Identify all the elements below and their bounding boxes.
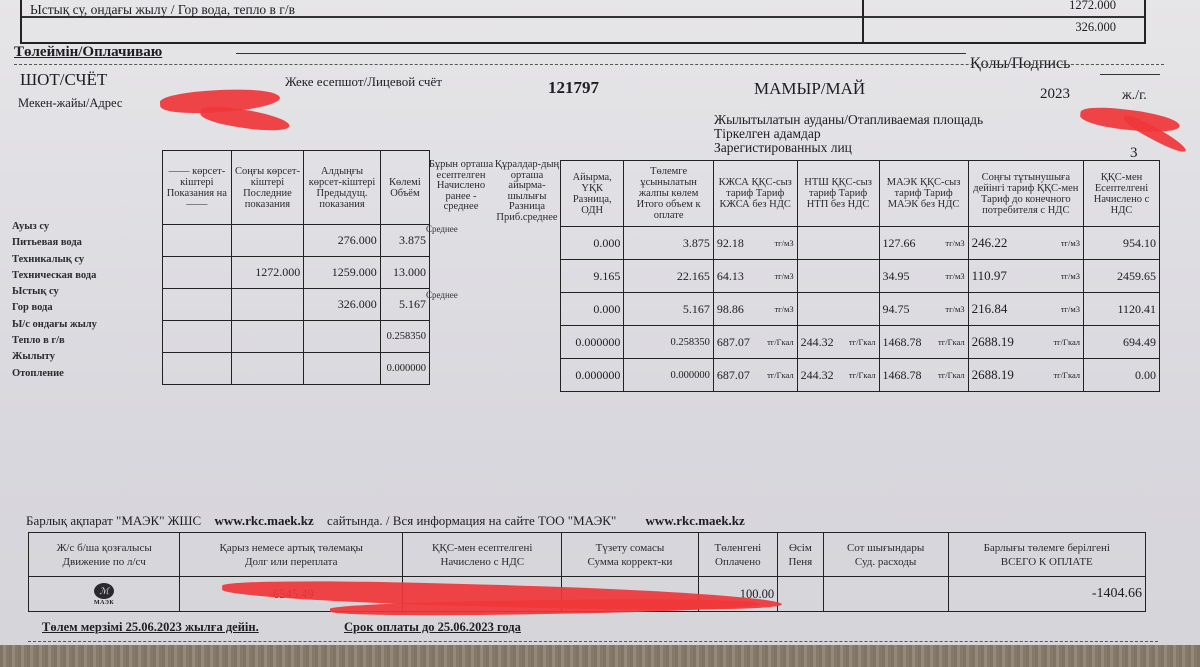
tariff-row: 0.0005.16798.86тг/м394.75тг/м3216.84тг/м… bbox=[561, 293, 1160, 326]
tariff-unit: тг/Гкал bbox=[1053, 337, 1080, 347]
meter-cell bbox=[231, 225, 304, 257]
meter-readings-table: —— көрсет-кіштері Показания на ——Соңғы к… bbox=[162, 150, 430, 385]
tariff-unit: тг/Гкал bbox=[938, 337, 965, 347]
meter-cell: 1259.000 bbox=[304, 257, 381, 289]
summary-header-ru: Движение по л/сч bbox=[32, 555, 176, 569]
court-costs-value bbox=[823, 577, 948, 612]
tariff-unit: тг/Гкал bbox=[1053, 370, 1080, 380]
meter-cell bbox=[163, 225, 232, 257]
maek-logo-cell: ℳ МАЭК bbox=[29, 577, 180, 612]
tariff-header: КЖСА ҚҚС-сыз тариф Тариф КЖСА без НДС bbox=[713, 161, 797, 227]
tariff-cell-kzhsa: 98.86тг/м3 bbox=[713, 293, 797, 326]
summary-header: Қарыз немесе артық төлемақыДолг или пере… bbox=[180, 533, 403, 577]
tariff-header: Соңғы тұтынушыға дейінгі тариф ҚҚС-мен Т… bbox=[968, 161, 1083, 227]
heated-area-label: Жылытылатын ауданы/Отапливаемая площадь bbox=[714, 113, 983, 127]
summary-header-kz: Барлығы төлемге берілгені bbox=[952, 541, 1143, 555]
tariff-cell-total: 3.875 bbox=[624, 227, 713, 260]
tariff-unit: тг/Гкал bbox=[938, 370, 965, 380]
info-line-kz: Барлық ақпарат "МАЭК" ЖШС bbox=[26, 513, 201, 528]
tariff-value: 34.95 bbox=[883, 269, 910, 284]
meter-cell: 0.258350 bbox=[380, 321, 429, 353]
tariff-cell-ntp bbox=[797, 227, 879, 260]
meter-header: —— көрсет-кіштері Показания на —— bbox=[163, 151, 232, 225]
summary-header-kz: Өсім bbox=[781, 541, 820, 555]
tariff-cell-maek: 127.66тг/м3 bbox=[879, 227, 968, 260]
meter-cell: 13.000 bbox=[380, 257, 429, 289]
tariff-value: 92.18 bbox=[717, 236, 744, 251]
tariff-value: 64.13 bbox=[717, 269, 744, 284]
tariff-cell-maek: 34.95тг/м3 bbox=[879, 260, 968, 293]
tariff-cell-kzhsa: 687.07тг/Гкал bbox=[713, 326, 797, 359]
tariff-cell-diff: 0.000000 bbox=[561, 359, 624, 392]
total-to-pay-value: -1404.66 bbox=[948, 577, 1146, 612]
service-label-kz: Ауыз су bbox=[12, 219, 97, 235]
background-surface bbox=[0, 645, 1200, 667]
average-note-2: Среднее bbox=[426, 290, 458, 300]
tariff-value: 1468.78 bbox=[883, 368, 922, 383]
tariff-unit: тг/Гкал bbox=[849, 370, 876, 380]
tariff-value: 216.84 bbox=[972, 301, 1008, 317]
cut-line-bottom bbox=[28, 641, 1158, 642]
tariff-cell-kzhsa: 92.18тг/м3 bbox=[713, 227, 797, 260]
tariff-unit: тг/м3 bbox=[1061, 238, 1080, 248]
utility-bill-document: Ыстық су, ондағы жылу / Гор вода, тепло … bbox=[0, 0, 1200, 645]
tariff-cell-diff: 0.000000 bbox=[561, 326, 624, 359]
meter-cell: 5.167 bbox=[380, 289, 429, 321]
summary-header-kz: Түзету сомасы bbox=[565, 541, 694, 555]
tariff-cell-maek: 1468.78тг/Гкал bbox=[879, 326, 968, 359]
registered-label-ru: Зарегистированных лиц bbox=[714, 141, 852, 155]
billing-year: 2023 bbox=[1040, 86, 1070, 103]
tariff-cell-total: 0.258350 bbox=[624, 326, 713, 359]
signature-blank bbox=[1100, 74, 1160, 75]
hot-water-label: Ыстық су, ондағы жылу / Гор вода, тепло … bbox=[30, 2, 295, 18]
meter-cell bbox=[231, 289, 304, 321]
tariff-value: 244.32 bbox=[801, 335, 834, 350]
tariff-cell-maek: 1468.78тг/Гкал bbox=[879, 359, 968, 392]
address-label: Мекен-жайы/Адрес bbox=[18, 96, 122, 111]
penalty-value bbox=[778, 577, 824, 612]
meter-cell bbox=[163, 321, 232, 353]
summary-header-kz: Ж/с б/ша қозғалысы bbox=[32, 541, 176, 555]
tariff-cell-diff: 0.000 bbox=[561, 227, 624, 260]
meter-cell bbox=[231, 353, 304, 385]
service-label-kz: Ы/с ондағы жылу bbox=[12, 317, 97, 333]
meter-cell bbox=[163, 353, 232, 385]
prev-average-header: Бұрын орташа есептелген Начислено ранее … bbox=[428, 160, 494, 213]
meter-row: 326.0005.167 bbox=[163, 289, 430, 321]
tariff-value: 244.32 bbox=[801, 368, 834, 383]
pay-label: Төлеймін/Оплачиваю bbox=[14, 44, 162, 61]
tariff-cell-charged: 0.00 bbox=[1084, 359, 1160, 392]
due-date-ru: Срок оплаты до 25.06.2023 года bbox=[344, 620, 521, 635]
meter-row: 1272.0001259.00013.000 bbox=[163, 257, 430, 289]
tariff-cell-ntp: 244.32тг/Гкал bbox=[797, 359, 879, 392]
tariff-unit: тг/м3 bbox=[1061, 304, 1080, 314]
year-suffix: ж./г. bbox=[1122, 88, 1147, 104]
tariff-cell-charged: 1120.41 bbox=[1084, 293, 1160, 326]
tariff-row: 0.0003.87592.18тг/м3127.66тг/м3246.22тг/… bbox=[561, 227, 1160, 260]
tariff-cell-maek: 94.75тг/м3 bbox=[879, 293, 968, 326]
tariff-value: 127.66 bbox=[883, 236, 916, 251]
tariff-unit: тг/м3 bbox=[945, 304, 964, 314]
tariff-value: 687.07 bbox=[717, 368, 750, 383]
billing-month: МАМЫР/МАЙ bbox=[754, 79, 865, 99]
website-link-1[interactable]: www.rkc.maek.kz bbox=[214, 513, 313, 528]
meter-cell bbox=[304, 321, 381, 353]
summary-header: Ж/с б/ша қозғалысыДвижение по л/сч bbox=[29, 533, 180, 577]
tariff-value: 687.07 bbox=[717, 335, 750, 350]
service-label-kz: Жылыту bbox=[12, 349, 97, 365]
tariff-value: 1468.78 bbox=[883, 335, 922, 350]
tariff-cell-kzhsa: 687.07тг/Гкал bbox=[713, 359, 797, 392]
registered-label-kz: Тіркелген адамдар bbox=[714, 127, 821, 141]
service-label-ru: Отопление bbox=[12, 366, 97, 382]
device-average-header: Құралдар-дың орташа айырма-шылығы Разниц… bbox=[492, 160, 562, 223]
service-label-kz: Техникалық су bbox=[12, 252, 97, 268]
summary-header: ҚҚС-мен есептелгеніНачислено с НДС bbox=[403, 533, 562, 577]
summary-header-ru: Начислено с НДС bbox=[406, 555, 558, 569]
info-line: Барлық ақпарат "МАЭК" ЖШС www.rkc.maek.k… bbox=[26, 513, 745, 529]
tariff-cell-kzhsa: 64.13тг/м3 bbox=[713, 260, 797, 293]
tariff-cell-final: 110.97тг/м3 bbox=[968, 260, 1083, 293]
tariff-cell-charged: 2459.65 bbox=[1084, 260, 1160, 293]
service-label-ru: Тепло в г/в bbox=[12, 333, 97, 349]
meter-cell bbox=[163, 289, 232, 321]
tariff-cell-ntp bbox=[797, 293, 879, 326]
tariff-row: 9.16522.16564.13тг/м334.95тг/м3110.97тг/… bbox=[561, 260, 1160, 293]
summary-header-ru: Сумма коррект-ки bbox=[565, 555, 694, 569]
meter-cell: 3.875 bbox=[380, 225, 429, 257]
meter-cell: 276.000 bbox=[304, 225, 381, 257]
tariff-cell-final: 216.84тг/м3 bbox=[968, 293, 1083, 326]
summary-header-kz: Сот шығындары bbox=[827, 541, 945, 555]
previous-section-table: Ыстық су, ондағы жылу / Гор вода, тепло … bbox=[20, 0, 1146, 44]
tariff-cell-final: 2688.19тг/Гкал bbox=[968, 326, 1083, 359]
tariff-unit: тг/Гкал bbox=[767, 370, 794, 380]
meter-cell bbox=[304, 353, 381, 385]
summary-header: Сот шығындарыСуд. расходы bbox=[823, 533, 948, 577]
tariff-header: Айырма, ҮҚК Разница, ОДН bbox=[561, 161, 624, 227]
tariff-unit: тг/м3 bbox=[774, 304, 793, 314]
tariff-cell-total: 0.000000 bbox=[624, 359, 713, 392]
meter-cell: 326.000 bbox=[304, 289, 381, 321]
summary-header-ru: Долг или переплата bbox=[183, 555, 399, 569]
tariff-cell-total: 22.165 bbox=[624, 260, 713, 293]
tariff-value: 98.86 bbox=[717, 302, 744, 317]
tariff-header: МАЭК ҚҚС-сыз тариф Тариф МАЭК без НДС bbox=[879, 161, 968, 227]
meter-header: Алдыңғы көрсет-кіштері Предыдущ. показан… bbox=[304, 151, 381, 225]
hot-water-value-2: 326.000 bbox=[1075, 20, 1116, 35]
tariff-header: ҚҚС-мен Есептелгені Начислено с НДС bbox=[1084, 161, 1160, 227]
tariff-cell-ntp: 244.32тг/Гкал bbox=[797, 326, 879, 359]
maek-logo-icon: ℳ bbox=[94, 583, 114, 599]
tariff-unit: тг/Гкал bbox=[849, 337, 876, 347]
meter-row: 0.258350 bbox=[163, 321, 430, 353]
tariff-value: 2688.19 bbox=[972, 334, 1014, 350]
tariff-cell-diff: 9.165 bbox=[561, 260, 624, 293]
summary-header-ru: Суд. расходы bbox=[827, 555, 945, 569]
summary-header: ӨсімПеня bbox=[778, 533, 824, 577]
service-label-ru: Техническая вода bbox=[12, 268, 97, 284]
tariff-unit: тг/м3 bbox=[774, 238, 793, 248]
tariff-row: 0.0000000.000000687.07тг/Гкал244.32тг/Гк… bbox=[561, 359, 1160, 392]
summary-header-ru: Оплачено bbox=[702, 555, 775, 569]
tariff-unit: тг/м3 bbox=[945, 271, 964, 281]
tariff-unit: тг/м3 bbox=[774, 271, 793, 281]
meter-cell bbox=[163, 257, 232, 289]
account-label: Жеке есепшот/Лицевой счёт bbox=[285, 74, 442, 90]
tariff-row: 0.0000000.258350687.07тг/Гкал244.32тг/Гк… bbox=[561, 326, 1160, 359]
meter-cell: 1272.000 bbox=[231, 257, 304, 289]
summary-header-kz: Қарыз немесе артық төлемақы bbox=[183, 541, 399, 555]
meter-row: 0.000000 bbox=[163, 353, 430, 385]
meter-cell bbox=[231, 321, 304, 353]
account-number: 121797 bbox=[548, 78, 599, 98]
tariff-unit: тг/Гкал bbox=[767, 337, 794, 347]
summary-header: ТөленгеніОплачено bbox=[698, 533, 778, 577]
tariff-value: 94.75 bbox=[883, 302, 910, 317]
meter-header: Көлемі Объём bbox=[380, 151, 429, 225]
website-link-2[interactable]: www.rkc.maek.kz bbox=[646, 513, 745, 528]
summary-header-kz: ҚҚС-мен есептелгені bbox=[406, 541, 558, 555]
info-line-mid: сайтында. / Вся информация на сайте ТОО … bbox=[327, 513, 616, 528]
tariff-cell-charged: 954.10 bbox=[1084, 227, 1160, 260]
summary-header: Түзету сомасыСумма коррект-ки bbox=[562, 533, 698, 577]
service-label-ru: Гор вода bbox=[12, 300, 97, 316]
tariff-value: 2688.19 bbox=[972, 367, 1014, 383]
summary-header-ru: Пеня bbox=[781, 555, 820, 569]
service-label-ru: Питьевая вода bbox=[12, 235, 97, 251]
meter-header: Соңғы көрсет-кіштері Последние показания bbox=[231, 151, 304, 225]
signature-line bbox=[236, 53, 966, 54]
tariff-cell-charged: 694.49 bbox=[1084, 326, 1160, 359]
meter-cell: 0.000000 bbox=[380, 353, 429, 385]
service-labels: Ауыз суПитьевая водаТехникалық суТехниче… bbox=[12, 219, 97, 382]
tariff-value: 246.22 bbox=[972, 235, 1008, 251]
tariff-cell-final: 246.22тг/м3 bbox=[968, 227, 1083, 260]
tariff-header: НТШ ҚҚС-сыз тариф Тариф НТП без НДС bbox=[797, 161, 879, 227]
maek-logo: ℳ МАЭК bbox=[32, 583, 176, 606]
tariff-table: Айырма, ҮҚК Разница, ОДНТөлемге ұсынылат… bbox=[560, 160, 1160, 392]
tariff-header: Төлемге ұсынылатын жалпы көлем Итого объ… bbox=[624, 161, 713, 227]
service-label-kz: Ыстық су bbox=[12, 284, 97, 300]
summary-header: Барлығы төлемге берілгеніВСЕГО К ОПЛАТЕ bbox=[948, 533, 1146, 577]
tariff-unit: тг/м3 bbox=[945, 238, 964, 248]
average-note-1: Среднее bbox=[426, 224, 458, 234]
summary-header-ru: ВСЕГО К ОПЛАТЕ bbox=[952, 555, 1143, 569]
tariff-cell-ntp bbox=[797, 260, 879, 293]
cut-line-top bbox=[14, 64, 1164, 65]
tariff-cell-diff: 0.000 bbox=[561, 293, 624, 326]
tariff-cell-final: 2688.19тг/Гкал bbox=[968, 359, 1083, 392]
tariff-unit: тг/м3 bbox=[1061, 271, 1080, 281]
invoice-label: ШОТ/СЧЁТ bbox=[20, 70, 107, 90]
tariff-value: 110.97 bbox=[972, 268, 1007, 284]
maek-logo-text: МАЭК bbox=[94, 600, 114, 606]
due-date-kz: Төлем мерзімі 25.06.2023 жылға дейін. bbox=[42, 620, 259, 635]
summary-header-kz: Төленгені bbox=[702, 541, 775, 555]
hot-water-value-1: 1272.000 bbox=[1069, 0, 1116, 13]
tariff-cell-total: 5.167 bbox=[624, 293, 713, 326]
meter-row: 276.0003.875 bbox=[163, 225, 430, 257]
